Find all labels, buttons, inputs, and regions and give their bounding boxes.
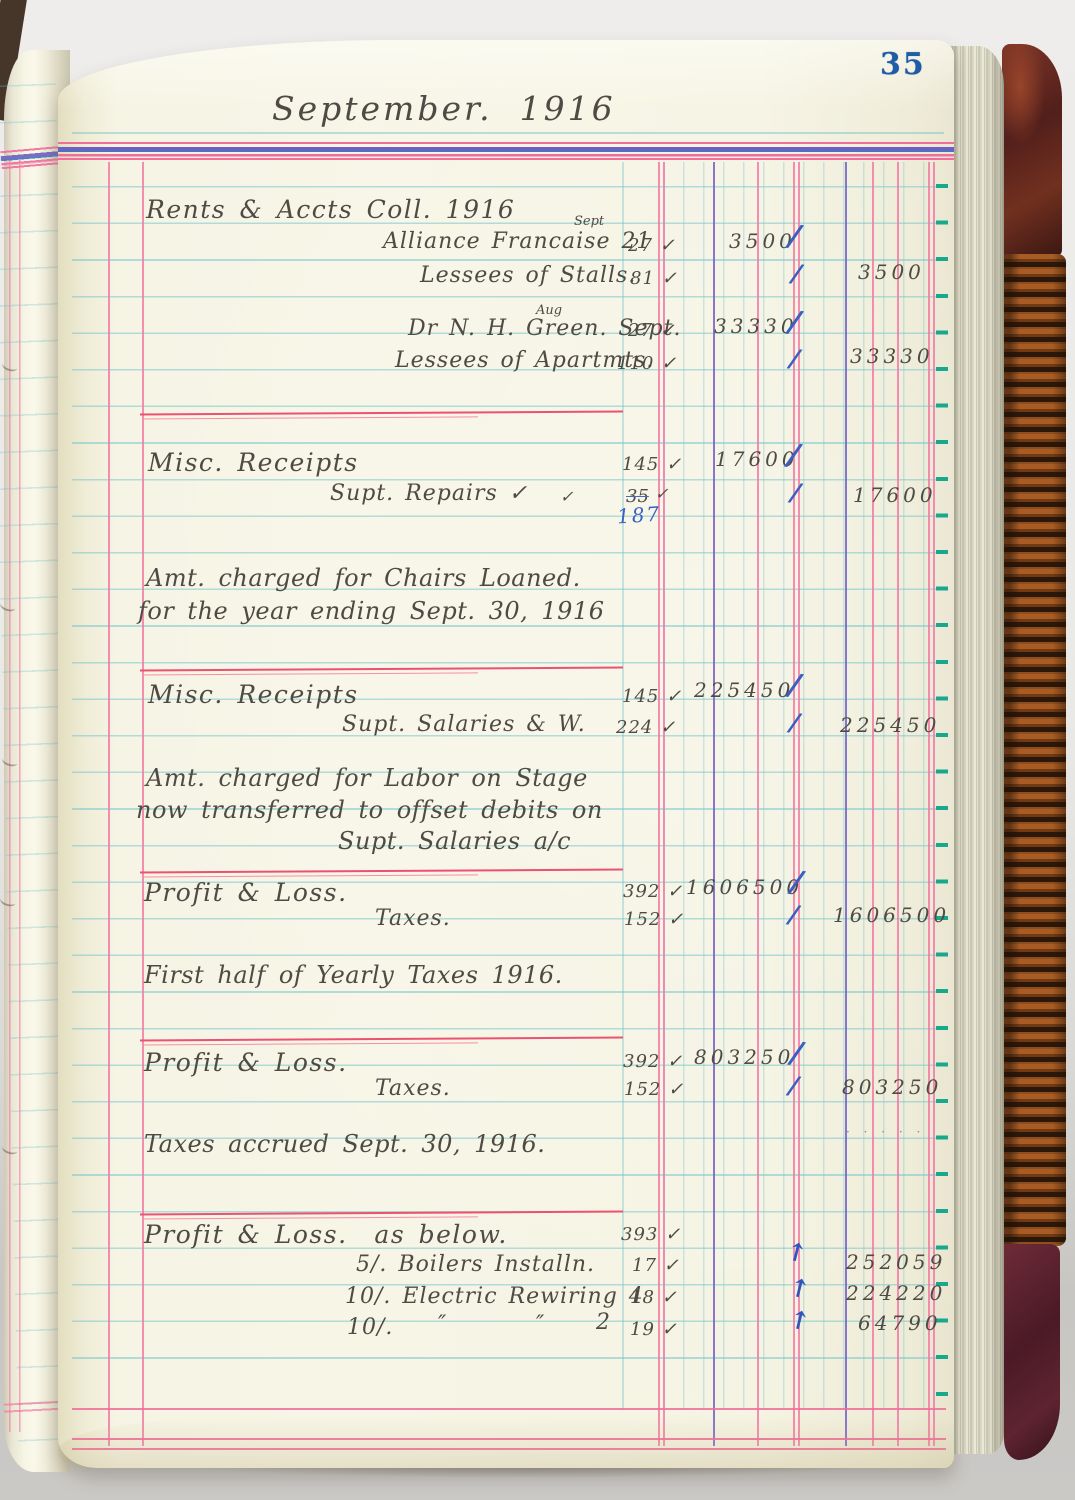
footer-rule-line xyxy=(72,1408,946,1410)
book-binding xyxy=(996,40,1074,1468)
column-rule-line xyxy=(622,162,624,1410)
page-stack-edge xyxy=(950,46,1004,1454)
column-rule-line xyxy=(793,162,795,1446)
leather-corner-top xyxy=(1002,44,1062,256)
header-rule-band xyxy=(58,140,954,163)
ledger-page xyxy=(58,40,954,1468)
leather-corner-bottom xyxy=(1004,1244,1060,1460)
column-rule-line xyxy=(845,162,847,1446)
column-rule-line xyxy=(757,162,759,1446)
column-rule-line xyxy=(928,162,930,1446)
column-rule-line xyxy=(897,162,899,1446)
header-rule-line xyxy=(72,132,944,134)
footer-rule-double xyxy=(72,1438,946,1450)
column-rule-line xyxy=(663,162,665,1446)
gutter-margin-lines xyxy=(4,160,26,1432)
margin-rule-line xyxy=(108,162,110,1446)
column-rule-line xyxy=(872,162,874,1446)
fore-edge-stripes xyxy=(1004,254,1066,1246)
column-rule-line xyxy=(933,162,935,1446)
margin-rule-line xyxy=(142,162,144,1446)
ledger-photo: September. 1916 35 Rents & Accts Coll. 1… xyxy=(0,0,1075,1500)
edge-tick-marks xyxy=(936,184,948,1398)
column-rule-line xyxy=(658,162,660,1446)
column-rule-line xyxy=(713,162,715,1446)
column-rule-line xyxy=(798,162,800,1446)
